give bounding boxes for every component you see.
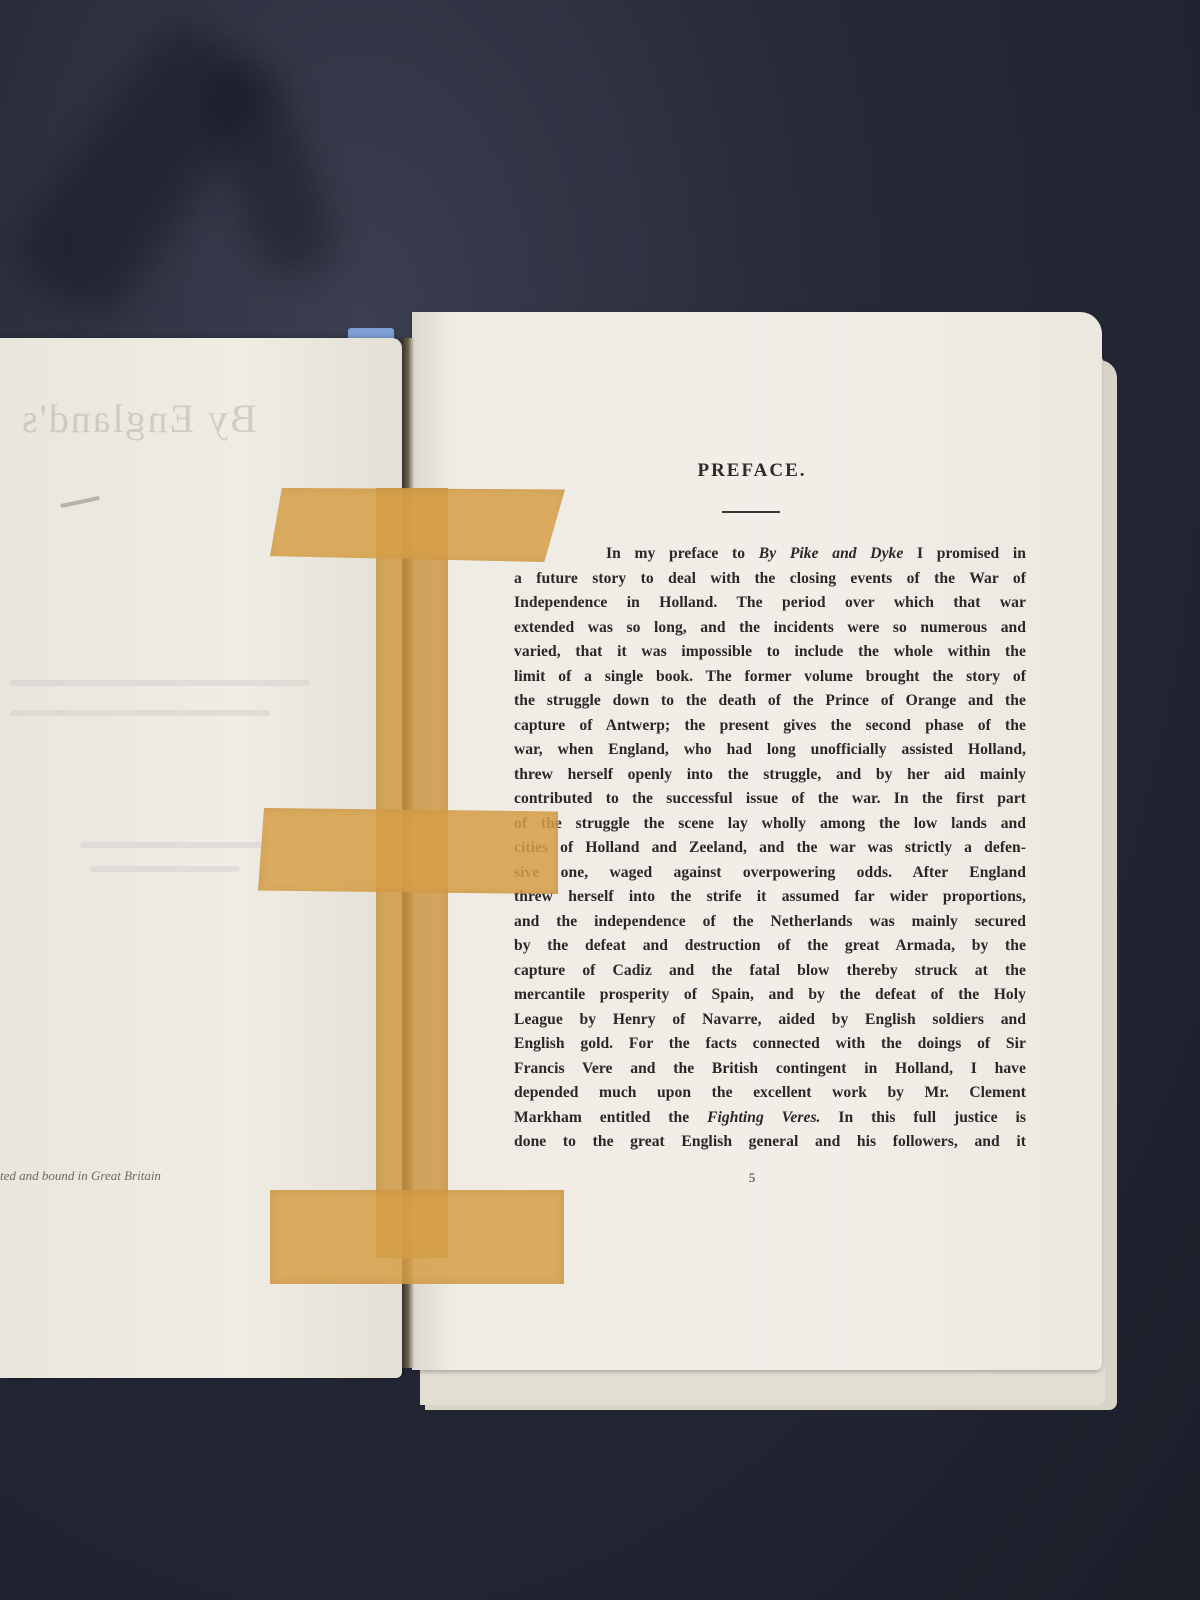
text-line: English gold. For the facts connected wi… xyxy=(514,1032,1026,1057)
page-heading: PREFACE. xyxy=(412,460,1092,482)
text-line: depended much upon the excellent work by… xyxy=(514,1081,1026,1106)
show-through-line xyxy=(10,680,310,686)
text-line: capture of Cadiz and the fatal blow ther… xyxy=(514,959,1026,984)
text-line: and the independence of the Netherlands … xyxy=(514,910,1026,935)
text-line: war, when England, who had long unoffici… xyxy=(514,738,1026,763)
text-line: Markham entitled the Fighting Veres. In … xyxy=(514,1106,1026,1131)
show-through-line xyxy=(10,710,270,716)
show-through-line xyxy=(90,866,240,872)
repair-tape-middle xyxy=(258,808,558,894)
text-line: Independence in Holland. The period over… xyxy=(514,591,1026,616)
text-line: by the defeat and destruction of the gre… xyxy=(514,934,1026,959)
text-line: of the struggle the scene lay wholly amo… xyxy=(514,812,1026,837)
text-line: the struggle down to the death of the Pr… xyxy=(514,689,1026,714)
text-line: threw herself into the strife it assumed… xyxy=(514,885,1026,910)
text-line: limit of a single book. The former volum… xyxy=(514,665,1026,690)
page-number: 5 xyxy=(412,1170,1092,1186)
text-line: threw herself openly into the struggle, … xyxy=(514,763,1026,788)
text-line: a future story to deal with the closing … xyxy=(514,567,1026,592)
text-line: In my preface to By Pike and Dyke I prom… xyxy=(514,542,1026,567)
text-line: mercantile prosperity of Spain, and by t… xyxy=(514,983,1026,1008)
repair-tape-top xyxy=(270,488,565,562)
heading-rule xyxy=(722,511,780,513)
text-line: capture of Antwerp; the present gives th… xyxy=(514,714,1026,739)
text-line: contributed to the successful issue of t… xyxy=(514,787,1026,812)
printer-imprint: ted and bound in Great Britain xyxy=(0,1168,161,1184)
text-line: cities of Holland and Zeeland, and the w… xyxy=(514,836,1026,861)
text-line: League by Henry of Navarre, aided by Eng… xyxy=(514,1008,1026,1033)
text-line: extended was so long, and the incidents … xyxy=(514,616,1026,641)
text-line: Francis Vere and the British contingent … xyxy=(514,1057,1026,1082)
show-through-line xyxy=(80,842,280,848)
show-through-title: By England's xyxy=(20,395,257,442)
preface-body: In my preface to By Pike and Dyke I prom… xyxy=(514,542,1026,1155)
cloth-fold xyxy=(195,53,345,287)
repair-tape-bottom xyxy=(270,1190,564,1284)
text-line: sive one, waged against overpowering odd… xyxy=(514,861,1026,886)
text-line: varied, that it was impossible to includ… xyxy=(514,640,1026,665)
text-line: done to the great English general and hi… xyxy=(514,1130,1026,1155)
